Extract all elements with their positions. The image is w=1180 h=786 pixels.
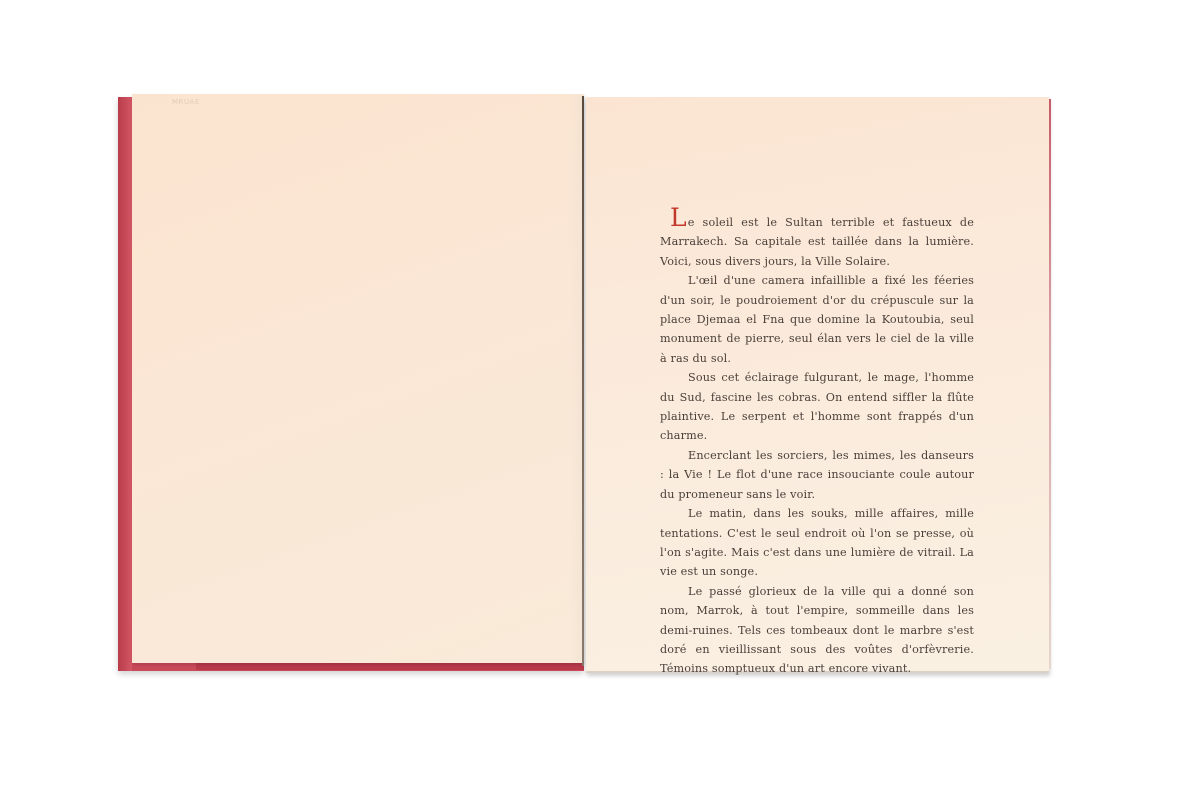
paragraph: Encerclant les sorciers, les mimes, les … <box>660 446 974 504</box>
paragraph: Le soleil est le Sultan terrible et fast… <box>660 213 974 271</box>
paragraph-text: e soleil est le Sultan terrible et fastu… <box>660 216 974 268</box>
pencil-note: MRUAE <box>172 98 200 106</box>
book-cover-spine-edge <box>118 97 132 671</box>
book-gutter <box>582 96 584 666</box>
drop-cap: L <box>670 203 687 232</box>
paragraph: Le matin, dans les souks, mille affaires… <box>660 504 974 582</box>
book-cover-bottom-edge <box>196 663 584 670</box>
gutter-shadow <box>570 95 582 663</box>
right-page: Le soleil est le Sultan terrible et fast… <box>586 97 1049 673</box>
paragraph: Sous cet éclairage fulgurant, le mage, l… <box>660 368 974 446</box>
right-page-cover-edge <box>1049 99 1051 669</box>
page-text: Le soleil est le Sultan terrible et fast… <box>660 213 974 679</box>
paragraph: L'œil d'une camera infaillible a fixé le… <box>660 271 974 368</box>
left-page: MRUAE <box>132 94 584 663</box>
paragraph: Le passé glorieux de la ville qui a donn… <box>660 582 974 679</box>
